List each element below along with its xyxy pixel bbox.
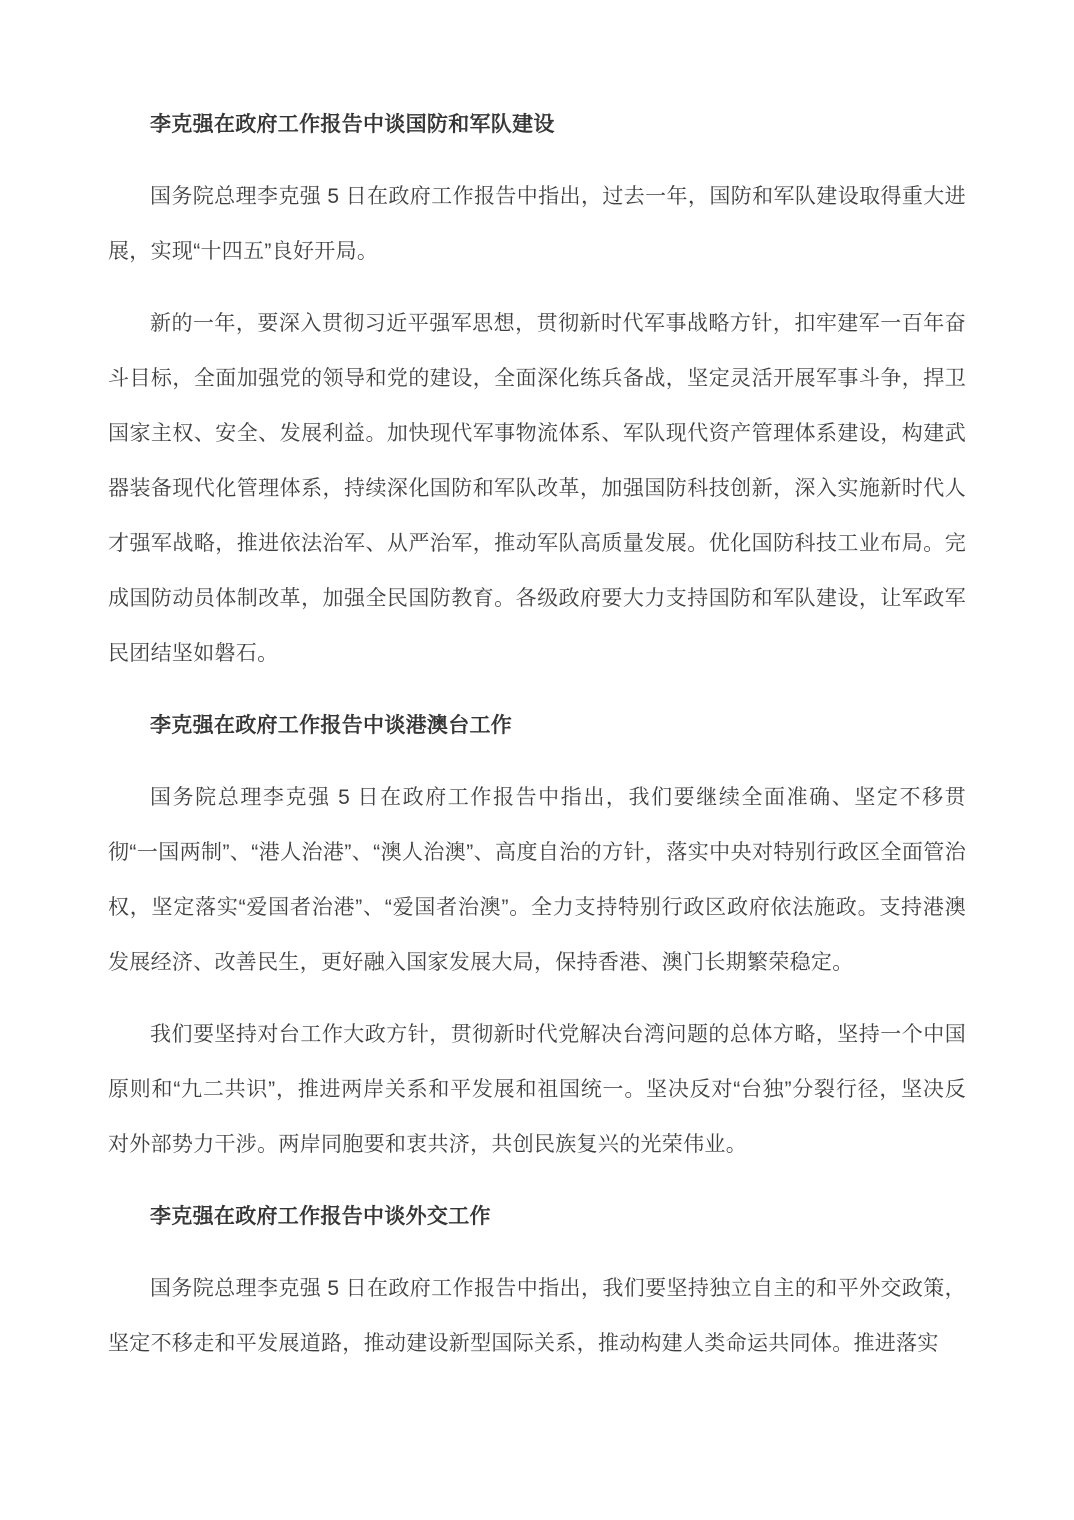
paragraph-diplomacy: 国务院总理李克强 5 日在政府工作报告中指出，我们要坚持独立自主的和平外交政策，… [108,1261,966,1371]
document-page: 李克强在政府工作报告中谈国防和军队建设 国务院总理李克强 5 日在政府工作报告中… [0,0,1074,1520]
section-heading-hk-macao-taiwan: 李克强在政府工作报告中谈港澳台工作 [108,698,966,753]
paragraph-hk-macao: 国务院总理李克强 5 日在政府工作报告中指出，我们要继续全面准确、坚定不移贯彻“… [108,770,966,990]
paragraph-defense-body: 新的一年，要深入贯彻习近平强军思想，贯彻新时代军事战略方针，扣牢建军一百年奋斗目… [108,296,966,681]
paragraph-taiwan: 我们要坚持对台工作大政方针，贯彻新时代党解决台湾问题的总体方略，坚持一个中国原则… [108,1007,966,1172]
paragraph-defense-intro: 国务院总理李克强 5 日在政府工作报告中指出，过去一年，国防和军队建设取得重大进… [108,169,966,279]
section-heading-defense: 李克强在政府工作报告中谈国防和军队建设 [108,97,966,152]
section-heading-diplomacy: 李克强在政府工作报告中谈外交工作 [108,1189,966,1244]
